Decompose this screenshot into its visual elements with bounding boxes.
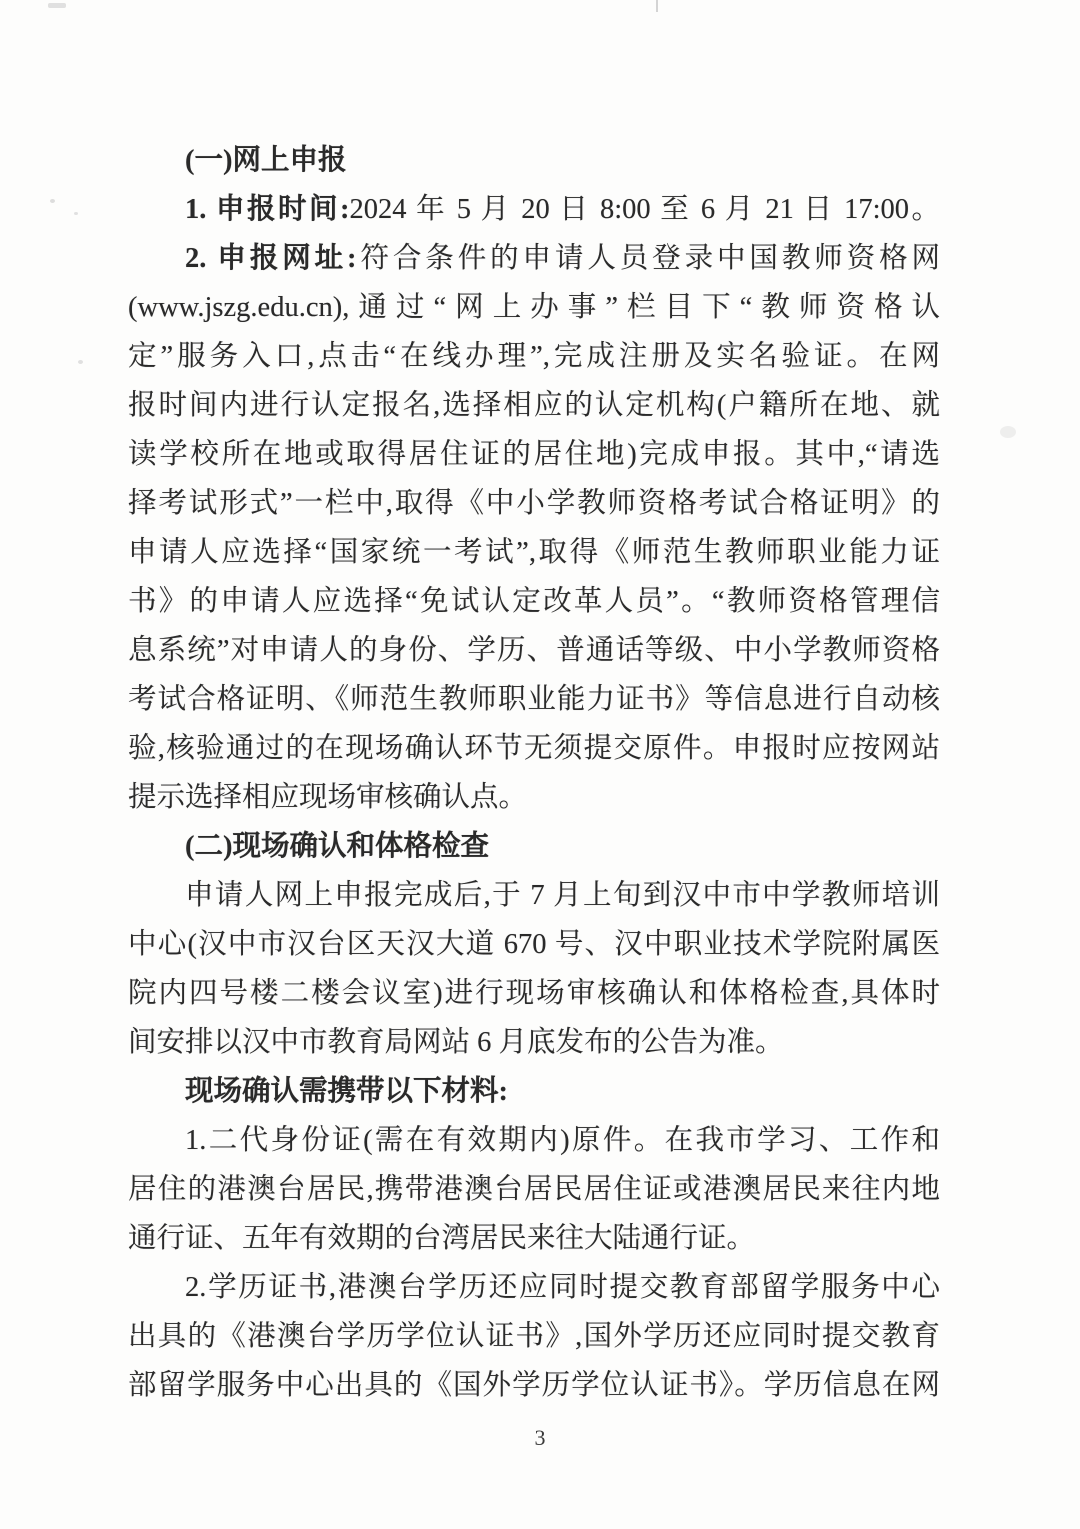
text-line: 出具的《港澳台学历学位认证书》,国外学历还应同时提交教育 (128, 1312, 940, 1361)
line-label: 1. 申报时间: (185, 194, 349, 225)
text-line: 择考试形式”一栏中,取得《中小学教师资格考试合格证明》的 (128, 479, 940, 528)
text-line: 通行证、五年有效期的台湾居民来往大陆通行证。 (128, 1214, 940, 1263)
text-line: 1. 申报时间:2024 年 5 月 20 日 8:00 至 6 月 21 日 … (128, 185, 940, 234)
line-text: 书》的申请人应选择“免试认定改革人员”。“教师资格管理信 (128, 586, 940, 617)
line-text: 报时间内进行认定报名,选择相应的认定机构(户籍所在地、就 (128, 390, 940, 421)
text-line: 读学校所在地或取得居住证的居住地)完成申报。其中,“请选 (128, 430, 940, 479)
text-line: 2. 申报网址:符合条件的申请人员登录中国教师资格网 (128, 234, 940, 283)
line-text: 择考试形式”一栏中,取得《中小学教师资格考试合格证明》的 (128, 488, 940, 519)
line-text: 通行证、五年有效期的台湾居民来往大陆通行证。 (128, 1223, 755, 1254)
line-text: 2024 年 5 月 20 日 8:00 至 6 月 21 日 17:00。 (349, 194, 940, 225)
text-line: 2.学历证书,港澳台学历还应同时提交教育部留学服务中心 (128, 1263, 940, 1312)
line-text: 间安排以汉中市教育局网站 6 月底发布的公告为准。 (128, 1027, 784, 1058)
text-line: 申请人网上申报完成后,于 7 月上旬到汉中市中学教师培训 (128, 871, 940, 920)
line-text: 符合条件的申请人员登录中国教师资格网 (357, 243, 940, 274)
text-line: 考试合格证明、《师范生教师职业能力证书》等信息进行自动核 (128, 675, 940, 724)
document-page: (一)网上申报1. 申报时间:2024 年 5 月 20 日 8:00 至 6 … (0, 0, 1080, 1529)
section-heading: 现场确认需携带以下材料: (128, 1067, 940, 1116)
line-text: 部留学服务中心出具的《国外学历学位认证书》。学历信息在网 (128, 1370, 940, 1401)
text-line: 验,核验通过的在现场确认环节无须提交原件。申报时应按网站 (128, 724, 940, 773)
line-text: 定”服务入口,点击“在线办理”,完成注册及实名验证。在网 (128, 341, 940, 372)
text-line: 院内四号楼二楼会议室)进行现场审核确认和体格检查,具体时 (128, 969, 940, 1018)
text-line: 报时间内进行认定报名,选择相应的认定机构(户籍所在地、就 (128, 381, 940, 430)
line-text: 居住的港澳台居民,携带港澳台居民居住证或港澳居民来往内地 (128, 1174, 940, 1205)
text-line: 息系统”对申请人的身份、学历、普通话等级、中小学教师资格 (128, 626, 940, 675)
line-text: (二)现场确认和体格检查 (185, 831, 489, 862)
line-text: 2.学历证书,港澳台学历还应同时提交教育部留学服务中心 (185, 1272, 940, 1303)
scan-artifact (656, 0, 658, 12)
text-line: (www.jszg.edu.cn),通过“网上办事”栏目下“教师资格认 (128, 283, 940, 332)
line-text: 验,核验通过的在现场确认环节无须提交原件。申报时应按网站 (128, 733, 940, 764)
line-text: 考试合格证明、《师范生教师职业能力证书》等信息进行自动核 (128, 684, 940, 715)
line-text: 息系统”对申请人的身份、学历、普通话等级、中小学教师资格 (128, 635, 940, 666)
text-line: 申请人应选择“国家统一考试”,取得《师范生教师职业能力证 (128, 528, 940, 577)
text-line: 居住的港澳台居民,携带港澳台居民居住证或港澳居民来往内地 (128, 1165, 940, 1214)
scan-artifact (50, 199, 55, 203)
line-text: 提示选择相应现场审核确认点。 (128, 782, 527, 813)
text-line: 定”服务入口,点击“在线办理”,完成注册及实名验证。在网 (128, 332, 940, 381)
line-text: 出具的《港澳台学历学位认证书》,国外学历还应同时提交教育 (128, 1321, 940, 1352)
section-heading: (一)网上申报 (128, 136, 940, 185)
text-line: 书》的申请人应选择“免试认定改革人员”。“教师资格管理信 (128, 577, 940, 626)
line-text: 1.二代身份证(需在有效期内)原件。在我市学习、工作和 (185, 1125, 940, 1156)
line-text: 现场确认需携带以下材料: (185, 1076, 508, 1107)
scan-artifact (74, 212, 78, 215)
line-text: 院内四号楼二楼会议室)进行现场审核确认和体格检查,具体时 (128, 978, 940, 1009)
line-text: 申请人应选择“国家统一考试”,取得《师范生教师职业能力证 (128, 537, 940, 568)
text-line: 1.二代身份证(需在有效期内)原件。在我市学习、工作和 (128, 1116, 940, 1165)
section-heading: (二)现场确认和体格检查 (128, 822, 940, 871)
scan-artifact (78, 360, 83, 364)
text-line: 提示选择相应现场审核确认点。 (128, 773, 940, 822)
page-number: 3 (0, 1420, 1080, 1456)
line-text: 中心(汉中市汉台区天汉大道 670 号、汉中职业技术学院附属医 (128, 929, 940, 960)
text-line: 间安排以汉中市教育局网站 6 月底发布的公告为准。 (128, 1018, 940, 1067)
text-line: 部留学服务中心出具的《国外学历学位认证书》。学历信息在网 (128, 1361, 940, 1410)
line-text: 申请人网上申报完成后,于 7 月上旬到汉中市中学教师培训 (185, 880, 940, 911)
scan-artifact (48, 3, 66, 8)
line-text: (一)网上申报 (185, 145, 346, 176)
text-line: 中心(汉中市汉台区天汉大道 670 号、汉中职业技术学院附属医 (128, 920, 940, 969)
scan-artifact (1000, 426, 1016, 438)
document-body: (一)网上申报1. 申报时间:2024 年 5 月 20 日 8:00 至 6 … (128, 136, 940, 1410)
line-text: 读学校所在地或取得居住证的居住地)完成申报。其中,“请选 (128, 439, 940, 470)
line-text: (www.jszg.edu.cn),通过“网上办事”栏目下“教师资格认 (128, 292, 940, 323)
line-label: 2. 申报网址: (185, 243, 357, 274)
